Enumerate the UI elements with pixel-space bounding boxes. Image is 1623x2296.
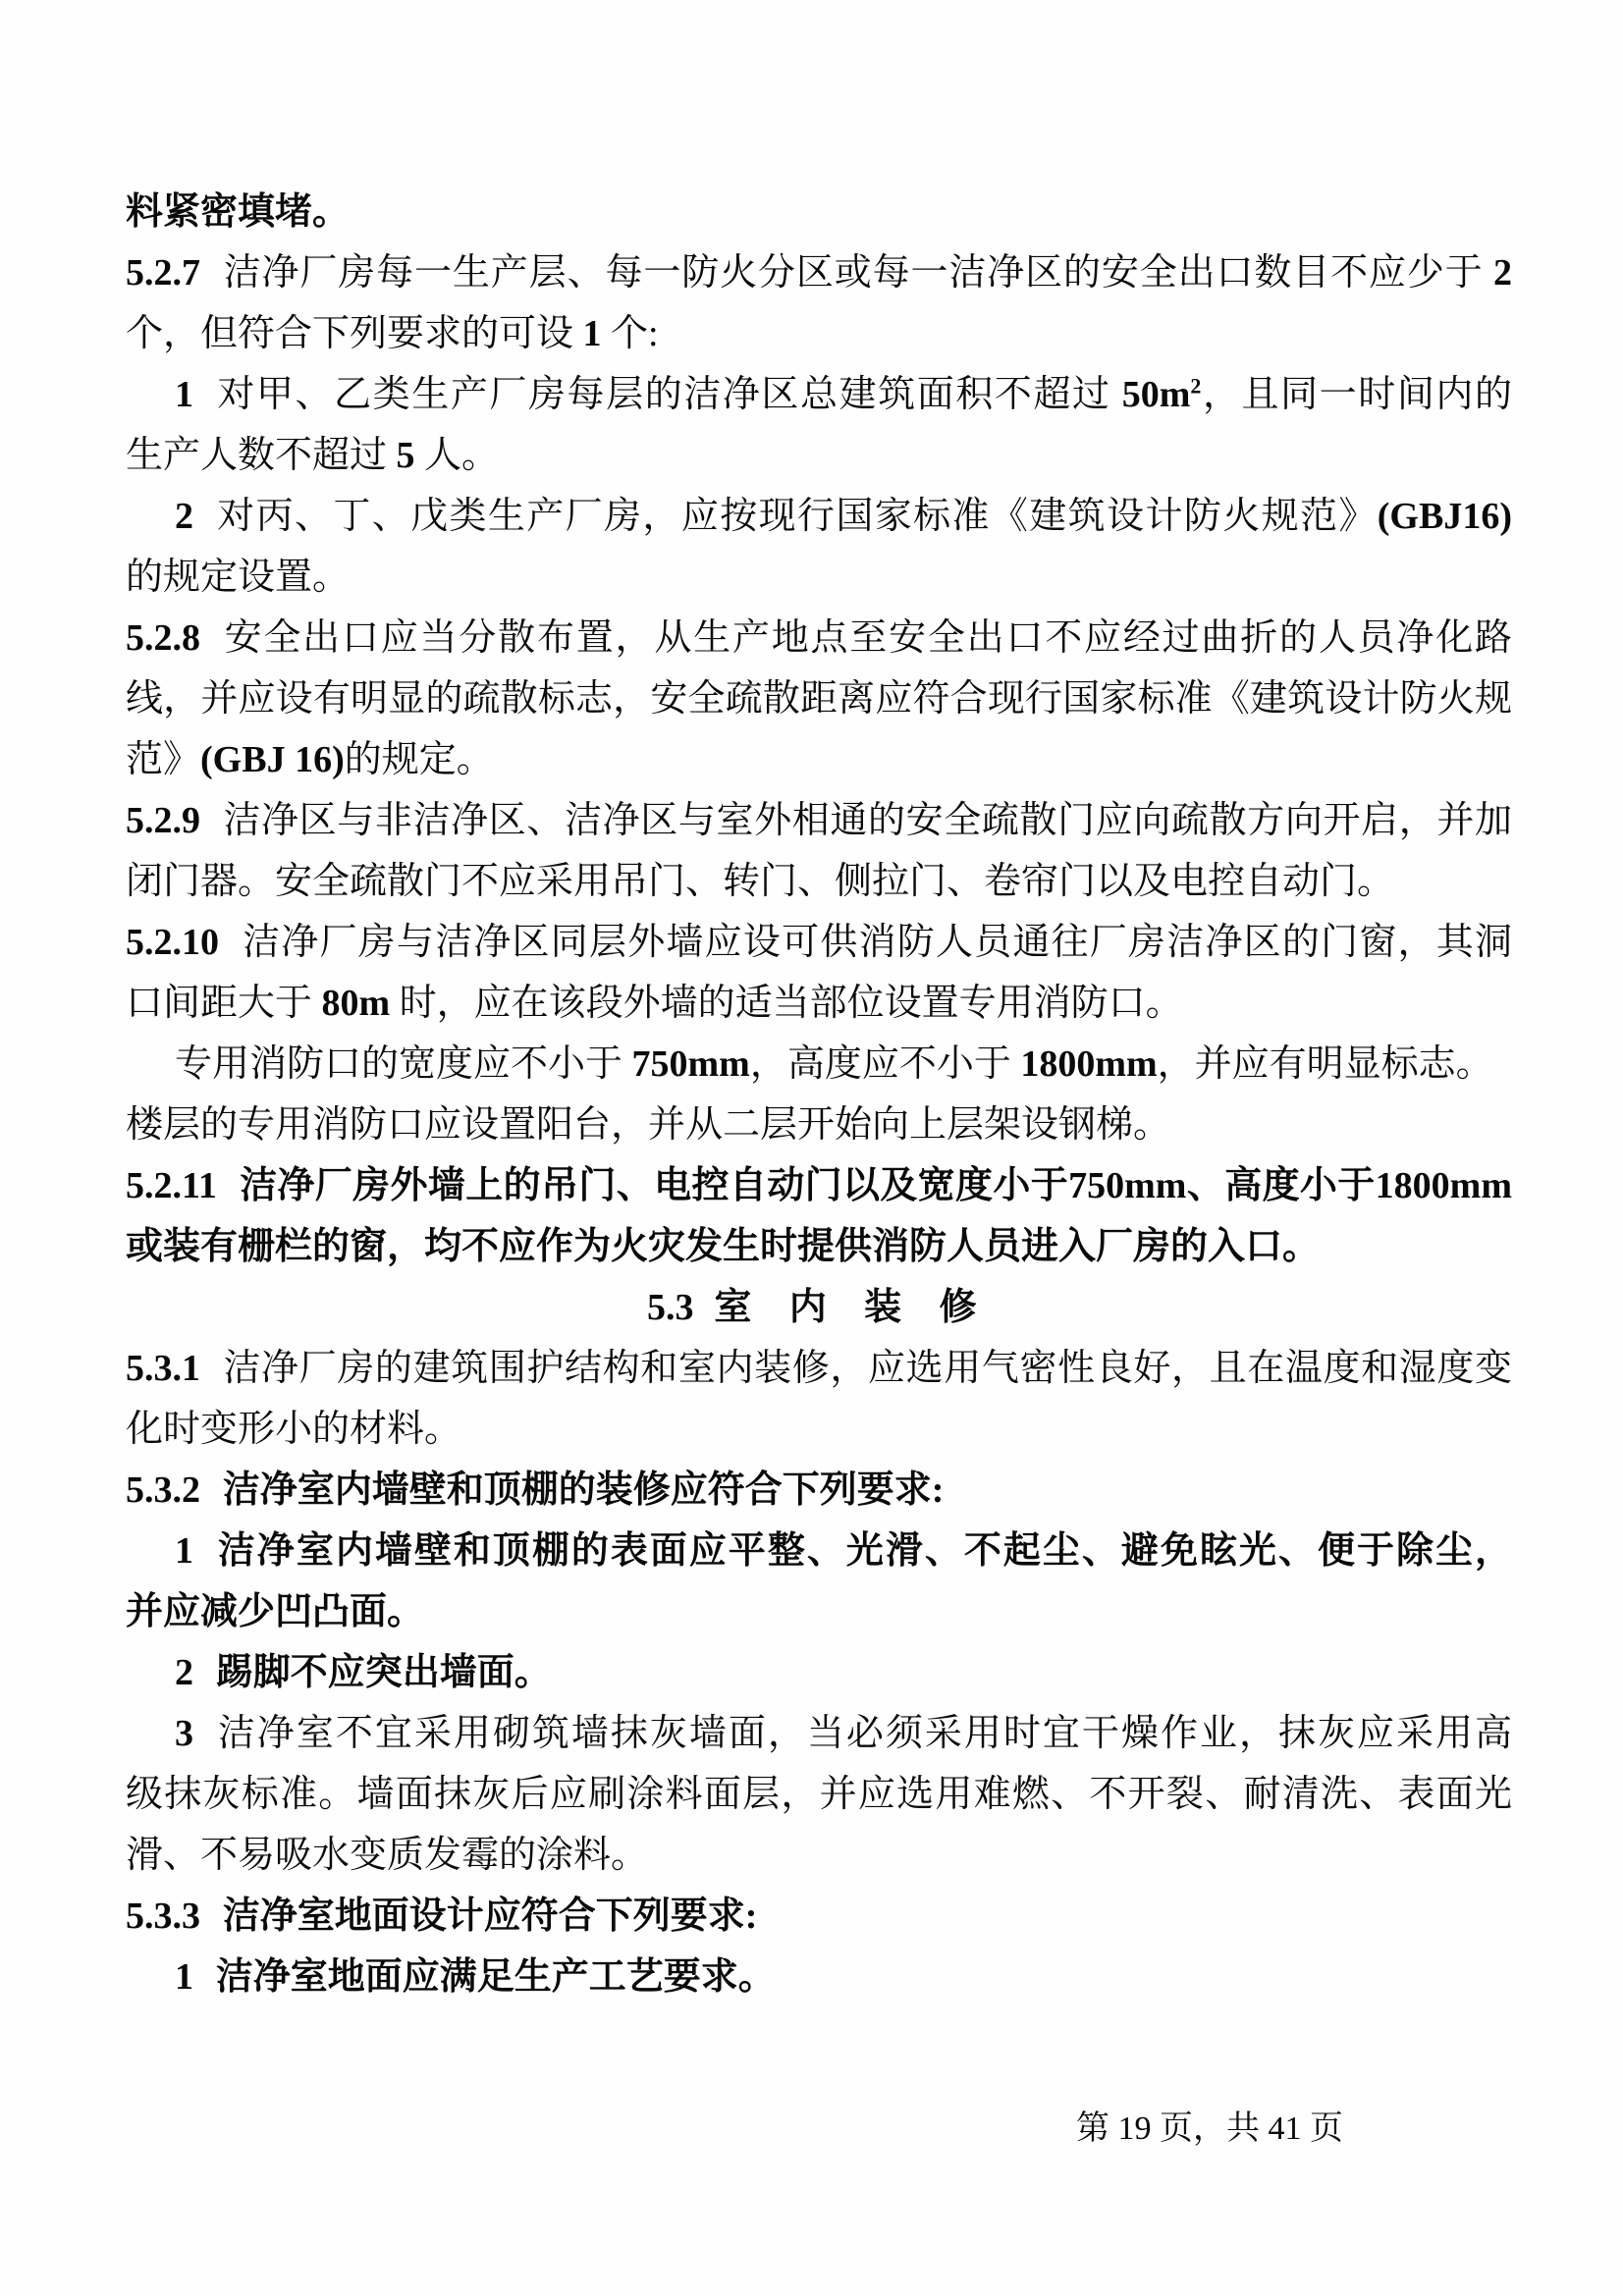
page-footer: 第 19 页，共 41 页 — [126, 2106, 1512, 2153]
text-segment: 5.2.10 — [126, 922, 219, 963]
text-line: 5.2.9洁净区与非洁净区、洁净区与室外相通的安全疏散门应向疏散方向开启，并加 — [126, 790, 1512, 851]
text-segment: 1800mm — [1376, 1165, 1512, 1206]
text-line: 线，并应设有明显的疏散标志，安全疏散距离应符合现行国家标准《建筑设计防火规 — [126, 668, 1512, 729]
text-segment: 料紧密填堵。 — [126, 191, 350, 233]
text-segment: 室 内 装 修 — [714, 1287, 991, 1328]
text-line: 或装有栅栏的窗，均不应作为火灾发生时提供消防人员进入厂房的入口。 — [126, 1216, 1512, 1277]
text-line: 5.3.1洁净厂房的建筑围护结构和室内装修，应选用气密性良好，且在温度和湿度变 — [126, 1338, 1512, 1399]
text-segment: 洁净室地面应满足生产工艺要求。 — [216, 1956, 776, 1998]
superscript-text: 2 — [1190, 373, 1201, 398]
text-line: 5.3.3洁净室地面设计应符合下列要求: — [126, 1886, 1512, 1947]
text-line: 1对甲、乙类生产厂房每层的洁净区总建筑面积不超过 50m2，且同一时间内的 — [126, 364, 1512, 425]
text-line: 口间距大于 80m 时，应在该段外墙的适当部位设置专用消防口。 — [126, 973, 1512, 1034]
text-segment: 80m — [322, 983, 391, 1024]
text-segment: 5.3 — [647, 1287, 694, 1328]
text-segment: 50m — [1122, 374, 1191, 415]
text-segment: 750mm — [1068, 1165, 1186, 1206]
text-segment: 1 — [175, 374, 193, 415]
text-segment: 级抹灰标准。墙面抹灰后应刷涂料面层，并应选用难燃、不开裂、耐清洗、表面光 — [126, 1774, 1512, 1815]
text-segment: 5.3.1 — [126, 1348, 200, 1389]
text-line: 级抹灰标准。墙面抹灰后应刷涂料面层，并应选用难燃、不开裂、耐清洗、表面光 — [126, 1764, 1512, 1825]
text-segment: 洁净室地面设计应符合下列要求: — [223, 1896, 758, 1937]
text-segment: 安全出口应当分散布置，从生产地点至安全出口不应经过曲折的人员净化路 — [223, 617, 1512, 659]
text-line: 范》(GBJ 16)的规定。 — [126, 729, 1512, 790]
text-segment: 5.2.7 — [126, 252, 200, 294]
text-segment: 2 — [175, 1652, 193, 1693]
text-segment: 口间距大于 — [126, 983, 322, 1024]
text-line: 楼层的专用消防口应设置阳台，并从二层开始向上层架设钢梯。 — [126, 1095, 1512, 1155]
text-segment: (GBJ16) — [1378, 496, 1512, 537]
text-segment: 化时变形小的材料。 — [126, 1409, 461, 1450]
text-segment: 5.3.3 — [126, 1896, 200, 1937]
text-segment: 、高度小于 — [1186, 1165, 1375, 1206]
text-segment: 5.2.8 — [126, 617, 200, 659]
text-segment: ，且同一时间内的 — [1201, 374, 1512, 415]
text-segment: 2 — [1493, 252, 1512, 294]
text-segment: 楼层的专用消防口应设置阳台，并从二层开始向上层架设钢梯。 — [126, 1104, 1170, 1146]
text-line: 5.2.7洁净厂房每一生产层、每一防火分区或每一洁净区的安全出口数目不应少于 2 — [126, 242, 1512, 303]
text-segment: 洁净室内墙壁和顶棚的装修应符合下列要求: — [223, 1469, 945, 1511]
text-segment: 洁净厂房的建筑围护结构和室内装修，应选用气密性良好，且在温度和湿度变 — [223, 1348, 1512, 1389]
text-segment: 1 — [175, 1956, 193, 1998]
text-segment: 洁净厂房每一生产层、每一防火分区或每一洁净区的安全出口数目不应少于 — [223, 252, 1493, 294]
text-segment: 滑、不易吸水变质发霉的涂料。 — [126, 1835, 648, 1876]
text-segment: 2 — [175, 496, 193, 537]
text-line: 5.2.8安全出口应当分散布置，从生产地点至安全出口不应经过曲折的人员净化路 — [126, 608, 1512, 668]
text-segment: 洁净厂房与洁净区同层外墙应设可供消防人员通往厂房洁净区的门窗，其洞 — [242, 922, 1512, 963]
text-segment: 闭门器。安全疏散门不应采用吊门、转门、侧拉门、卷帘门以及电控自动门。 — [126, 861, 1394, 902]
text-segment: 的规定设置。 — [126, 557, 350, 598]
text-line: 1洁净室内墙壁和顶棚的表面应平整、光滑、不起尘、避免眩光、便于除尘， — [126, 1521, 1512, 1581]
text-segment: 踢脚不应突出墙面。 — [216, 1652, 552, 1693]
text-segment: 洁净区与非洁净区、洁净区与室外相通的安全疏散门应向疏散方向开启，并加 — [223, 800, 1512, 841]
text-segment: 洁净室内墙壁和顶棚的表面应平整、光滑、不起尘、避免眩光、便于除尘， — [216, 1530, 1512, 1572]
text-line: 5.2.11洁净厂房外墙上的吊门、电控自动门以及宽度小于750mm、高度小于18… — [126, 1155, 1512, 1216]
page-number-text: 第 19 页，共 41 页 — [1076, 2110, 1343, 2147]
text-segment: 并应减少凹凸面。 — [126, 1591, 424, 1632]
text-segment: 线，并应设有明显的疏散标志，安全疏散距离应符合现行国家标准《建筑设计防火规 — [126, 678, 1512, 720]
document-page: 料紧密填堵。5.2.7洁净厂房每一生产层、每一防火分区或每一洁净区的安全出口数目… — [0, 0, 1623, 2296]
text-segment: (GBJ 16) — [200, 739, 345, 780]
text-segment: ，高度应不小于 — [750, 1043, 1021, 1085]
text-segment: 1 — [175, 1530, 193, 1572]
text-line: 料紧密填堵。 — [126, 182, 1512, 242]
text-line: 闭门器。安全疏散门不应采用吊门、转门、侧拉门、卷帘门以及电控自动门。 — [126, 851, 1512, 912]
text-segment: 1800mm — [1020, 1043, 1157, 1085]
text-segment: 时，应在该段外墙的适当部位设置专用消防口。 — [390, 983, 1183, 1024]
text-segment: 专用消防口的宽度应不小于 — [175, 1043, 632, 1085]
document-lines: 料紧密填堵。5.2.7洁净厂房每一生产层、每一防火分区或每一洁净区的安全出口数目… — [126, 182, 1512, 2007]
text-line: 并应减少凹凸面。 — [126, 1581, 1512, 1642]
text-line: 化时变形小的材料。 — [126, 1399, 1512, 1460]
text-segment: 个: — [602, 313, 659, 354]
text-line: 滑、不易吸水变质发霉的涂料。 — [126, 1825, 1512, 1886]
text-segment: ，并应有明显标志。 — [1158, 1043, 1493, 1085]
text-segment: 1 — [583, 313, 602, 354]
text-line: 5.3.2洁净室内墙壁和顶棚的装修应符合下列要求: — [126, 1460, 1512, 1521]
text-segment: 或装有栅栏的窗，均不应作为火灾发生时提供消防人员进入厂房的入口。 — [126, 1226, 1320, 1267]
section-heading: 5.3室 内 装 修 — [126, 1277, 1512, 1338]
text-segment: 对甲、乙类生产厂房每层的洁净区总建筑面积不超过 — [216, 374, 1122, 415]
text-line: 个，但符合下列要求的可设 1 个: — [126, 303, 1512, 364]
text-segment: 对丙、丁、戊类生产厂房，应按现行国家标准《建筑设计防火规范》 — [216, 496, 1378, 537]
text-line: 2踢脚不应突出墙面。 — [126, 1642, 1512, 1703]
text-segment: 3 — [175, 1713, 193, 1754]
text-line: 3洁净室不宜采用砌筑墙抹灰墙面，当必须采用时宜干燥作业，抹灰应采用高 — [126, 1703, 1512, 1764]
text-segment: 5 — [397, 435, 415, 476]
text-line: 专用消防口的宽度应不小于 750mm，高度应不小于 1800mm，并应有明显标志… — [126, 1034, 1512, 1095]
text-segment: 5.3.2 — [126, 1469, 200, 1511]
text-segment: 的规定。 — [345, 739, 494, 780]
text-line: 5.2.10洁净厂房与洁净区同层外墙应设可供消防人员通往厂房洁净区的门窗，其洞 — [126, 912, 1512, 973]
text-segment: 人。 — [415, 435, 500, 476]
text-segment: 个，但符合下列要求的可设 — [126, 313, 583, 354]
text-segment: 750mm — [632, 1043, 750, 1085]
text-segment: 洁净室不宜采用砌筑墙抹灰墙面，当必须采用时宜干燥作业，抹灰应采用高 — [216, 1713, 1512, 1754]
text-segment: 5.2.9 — [126, 800, 200, 841]
text-line: 生产人数不超过 5 人。 — [126, 425, 1512, 486]
text-segment: 生产人数不超过 — [126, 435, 397, 476]
text-segment: 5.2.11 — [126, 1165, 217, 1206]
text-line: 2对丙、丁、戊类生产厂房，应按现行国家标准《建筑设计防火规范》(GBJ16) — [126, 486, 1512, 547]
text-segment: 范》 — [126, 739, 200, 780]
text-line: 的规定设置。 — [126, 547, 1512, 608]
text-line: 1洁净室地面应满足生产工艺要求。 — [126, 1947, 1512, 2007]
text-segment: 洁净厂房外墙上的吊门、电控自动门以及宽度小于 — [240, 1165, 1068, 1206]
